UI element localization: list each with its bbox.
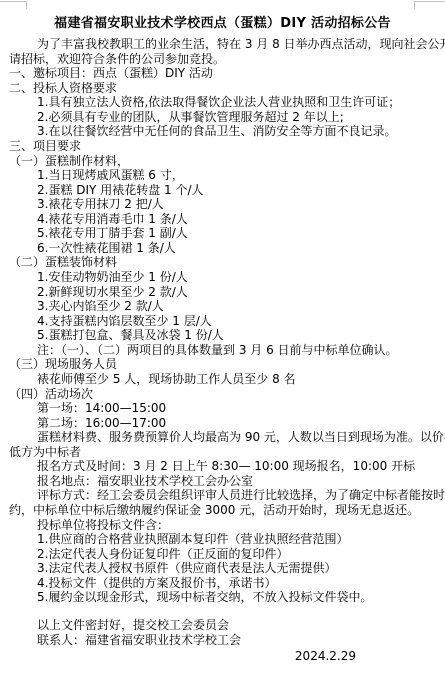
- doc-line: （四）活动场次: [9, 387, 441, 402]
- doc-line: 三、项目要求: [9, 139, 441, 154]
- doc-line: 为了丰富我校教职工的业余生活，特在 3 月 8 日举办西点活动，现向社会公开邀: [37, 37, 441, 52]
- doc-line: 2.法定代表人身份证复印件（正反面的复印件）: [37, 547, 441, 562]
- doc-line: （一）蛋糕制作材料，: [9, 154, 441, 169]
- doc-line: 裱花师傅至少 5 人，现场协助工作人员至少 8 名: [37, 372, 441, 387]
- doc-line: 1.具有独立法人资格,依法取得餐饮企业法人营业执照和卫生许可证；: [37, 95, 441, 110]
- doc-line: 4.支持蛋糕内馅层数至少 1 层/人: [37, 314, 441, 329]
- doc-line: 5.裱花专用丁腈手套 1 副/人: [37, 226, 441, 241]
- doc-line: 请招标，欢迎符合条件的公司参加竞投。: [9, 52, 441, 67]
- crop-mark-top-right: [414, 1, 445, 9]
- doc-line: 一、邀标项目：西点（蛋糕）DIY 活动: [9, 66, 441, 81]
- doc-line: 第二场：16:00—17:00: [37, 416, 441, 431]
- doc-line: 联系人：福建省福安职业技术学校工会: [37, 633, 441, 648]
- doc-line: 4.裱花专用消毒毛巾 1 条/人: [37, 212, 441, 227]
- doc-line: 2.必须具有专业的团队，从事餐饮管理服务超过 2 年以上;: [37, 110, 441, 125]
- doc-line: 约，中标单位中标后缴纳履约保证金 3000 元，活动开始时，现场无息返还。: [9, 503, 441, 518]
- doc-line: 5.蛋糕打包盒、餐具及冰袋 1 份/人: [37, 328, 441, 343]
- doc-line: 3.在以往餐饮经营中无任何的食品卫生、消防安全等方面不良记录。: [37, 124, 441, 139]
- doc-line: 3.夹心内馅至少 2 款/人: [37, 299, 441, 314]
- doc-line: 以上文件密封好，提交校工会委员会: [37, 618, 441, 633]
- doc-line: 低方为中标者: [9, 445, 441, 460]
- doc-line: 3.法定代表人授权书原件（供应商代表是法人无需提供）: [37, 561, 441, 576]
- doc-line: （二）蛋糕装饰材料: [9, 255, 441, 270]
- doc-line: 6.一次性裱花围裙 1 条/人: [37, 241, 441, 256]
- doc-line: 1.供应商的合格营业执照副本复印件（营业执照经营范围）: [37, 532, 441, 547]
- doc-line: 报名方式及时间：3 月 2 日上午 8:30— 10:00 现场报名，10:00…: [37, 459, 441, 474]
- doc-line: 蛋糕材料费、服务费预算价人均最高为 90 元，人数以当日到现场为准。以价格最: [37, 430, 441, 445]
- doc-line: 报名地点：福安职业技术学校工会办公室: [37, 474, 441, 489]
- doc-line: 1.当日现烤戚风蛋糕 6 寸，: [37, 168, 441, 183]
- doc-date: 2024.2.29: [9, 649, 441, 664]
- doc-line: 评标方式：经工会委员会组织评审人员进行比较选择，为了确定中标者能按时履: [37, 488, 441, 503]
- doc-line: 第一场：14:00—15:00: [37, 401, 441, 416]
- doc-line: （三）现场服务人员: [9, 357, 441, 372]
- doc-line: 投标单位将投标文件含：: [37, 518, 441, 533]
- doc-line: 4.投标文件（提供的方案及报价书，承诺书）: [37, 576, 441, 591]
- doc-line: 2.蛋糕 DIY 用裱花转盘 1 个/人: [37, 183, 441, 198]
- doc-title: 福建省福安职业技术学校西点（蛋糕）DIY 活动招标公告: [0, 0, 445, 31]
- crop-mark-top-left: [0, 1, 27, 9]
- doc-line: 1.安佳动物奶油至少 1 份/人: [37, 270, 441, 285]
- doc-line: 3.裱花专用抹刀 2 把/人: [37, 197, 441, 212]
- doc-line: 注：（一）、（二）两项目的具体数量到 3 月 6 日前与中标单位确认。: [37, 343, 441, 358]
- doc-line: 2.新鲜现切水果至少 2 款/人: [37, 285, 441, 300]
- doc-line: 5.履约金以现金形式，现场中标者交纳，不放入投标文件袋中。: [37, 590, 441, 605]
- doc-line: 二、投标人资格要求: [9, 81, 441, 96]
- document-page: 福建省福安职业技术学校西点（蛋糕）DIY 活动招标公告 为了丰富我校教职工的业余…: [0, 0, 445, 677]
- doc-body: 为了丰富我校教职工的业余生活，特在 3 月 8 日举办西点活动，现向社会公开邀 …: [0, 31, 445, 664]
